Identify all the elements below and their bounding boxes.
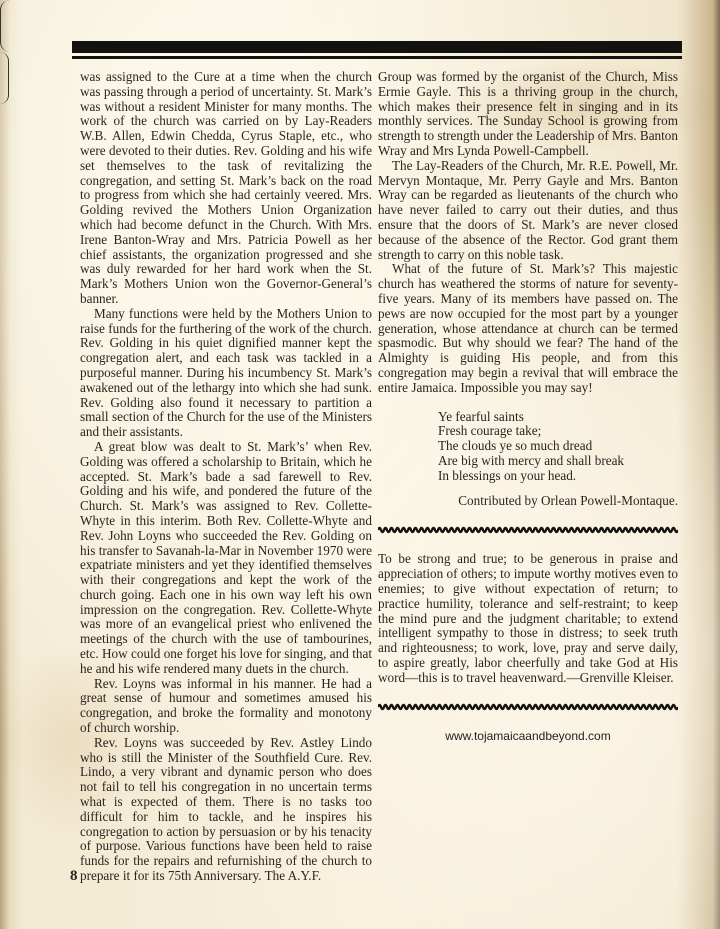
- header-rule-thick: [72, 41, 682, 53]
- handwritten-bracket-right: [0, 52, 9, 104]
- handwritten-bracket-left: [0, 0, 11, 52]
- paragraph: What of the future of St. Mark’s? This m…: [378, 262, 678, 395]
- paragraph-bracketed: Rev. Loyns was informal in his manner. H…: [80, 677, 372, 736]
- left-column: was assigned to the Cure at a time when …: [80, 70, 372, 884]
- quotation: To be strong and true; to be generous in…: [378, 552, 678, 685]
- poem-line: In blessings on your head.: [438, 469, 678, 484]
- page-number: 8: [70, 868, 78, 885]
- paragraph: Group was formed by the organist of the …: [378, 70, 678, 159]
- contributor-credit: Contributed by Orlean Powell-Montaque.: [378, 494, 678, 509]
- right-column: Group was formed by the organist of the …: [378, 70, 678, 744]
- paragraph: Rev. Loyns was succeeded by Rev. Astley …: [80, 736, 372, 884]
- poem-line: Are big with mercy and shall break: [438, 454, 678, 469]
- paragraph: Many functions were held by the Mothers …: [80, 307, 372, 440]
- paragraph: was assigned to the Cure at a time when …: [80, 70, 372, 307]
- poem-line: Fresh courage take;: [438, 424, 678, 439]
- poem: Ye fearful saints Fresh courage take; Th…: [438, 410, 678, 484]
- wavy-divider: [378, 526, 678, 534]
- paragraph: The Lay-Readers of the Church, Mr. R.E. …: [378, 159, 678, 263]
- website-url[interactable]: www.tojamaicaandbeyond.com: [378, 729, 678, 744]
- wavy-divider: [378, 703, 678, 711]
- poem-line: The clouds ye so much dread: [438, 439, 678, 454]
- paragraph: A great blow was dealt to St. Mark’s’ wh…: [80, 440, 372, 677]
- magazine-page: was assigned to the Cure at a time when …: [0, 0, 720, 929]
- header-rule-thin: [72, 56, 682, 59]
- poem-line: Ye fearful saints: [438, 410, 678, 425]
